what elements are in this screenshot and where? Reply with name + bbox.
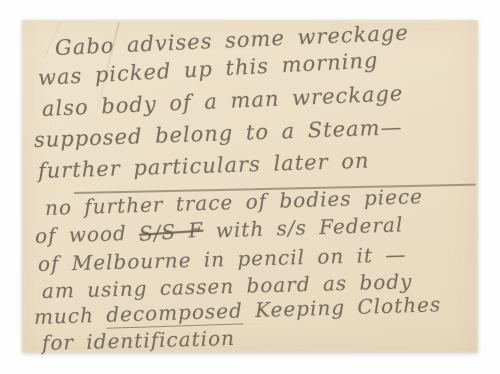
handwriting-line: further particulars later on [38,149,370,183]
handwriting-line: also body of a man wreckage [41,81,403,121]
handwriting-segment: Keeping Clothes [242,292,441,322]
handwriting-line: supposed belong to a Steam— [34,115,403,152]
underlined-text: decomposed [106,298,243,328]
scanned-note-image: Gabo advises some wreckage was picked up… [0,0,500,374]
handwriting-segment: of wood [35,221,140,248]
handwriting-segment: much [34,303,107,329]
handwriting-segment: with s/s Federal [203,212,404,242]
note-paper: Gabo advises some wreckage was picked up… [22,20,478,353]
handwriting-line: for identification [42,326,236,355]
strikethrough-text: S/S F [138,218,204,246]
